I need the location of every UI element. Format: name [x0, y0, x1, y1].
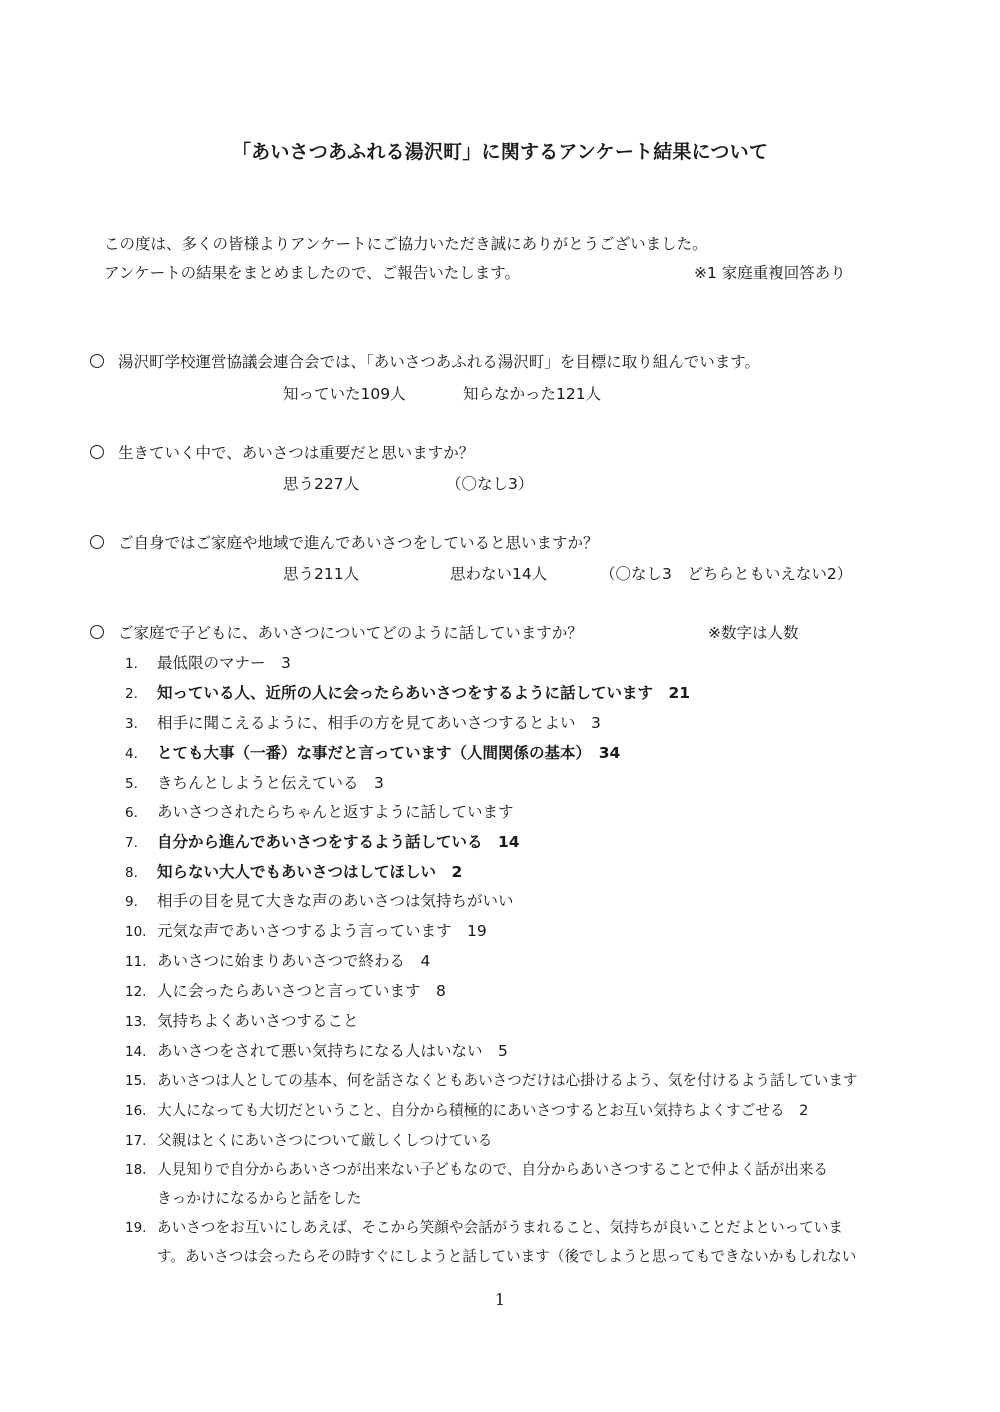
list-item: 10.元気な声であいさつするよう言っています 19	[125, 919, 487, 941]
list-item: 12.人に会ったらあいさつと言っています 8	[125, 979, 446, 1001]
question-4: ご家庭で子どもに、あいさつについてどのように話していますか？	[90, 621, 583, 643]
item-text: 元気な声であいさつするよう言っています 19	[157, 922, 487, 940]
item-number: 18.	[125, 1162, 157, 1178]
item-number: 13.	[125, 1014, 157, 1030]
list-item: 19.あいさつをお互いにしあえば、そこから笑顔や会話がうまれること、気持ちが良い…	[125, 1216, 843, 1237]
item-number: 2.	[125, 686, 157, 702]
list-item-continuation: きっかけになるからと話をした	[157, 1187, 361, 1208]
duplicate-answer-note: ※1 家庭重複回答あり	[694, 261, 846, 283]
item-number: 1.	[125, 656, 157, 672]
item-number: 10.	[125, 924, 157, 940]
list-item: 4.とても大事（一番）な事だと言っています（人間関係の基本） 34	[125, 741, 620, 763]
item-text: あいさつをお互いにしあえば、そこから笑顔や会話がうまれること、気持ちが良いことだ…	[157, 1219, 843, 1236]
list-item: 14.あいさつをされて悪い気持ちになる人はいない 5	[125, 1039, 508, 1061]
list-item: 15.あいさつは人としての基本、何を話さなくともあいさつだけは心掛けるよう、気を…	[125, 1069, 858, 1090]
circle-bullet-icon	[90, 445, 104, 459]
item-text: とても大事（一番）な事だと言っています（人間関係の基本） 34	[157, 744, 620, 762]
list-item: 13.気持ちよくあいさつすること	[125, 1009, 359, 1031]
item-text: 相手の目を見て大きな声のあいさつは気持ちがいい	[157, 892, 514, 910]
question-2-answer-1: 思う227人	[283, 472, 359, 494]
list-item: 5.きちんとしようと伝えている 3	[125, 771, 384, 793]
item-number: 12.	[125, 984, 157, 1000]
item-text: 人見知りで自分からあいさつが出来ない子どもなので、自分からあいさつすることで仲よ…	[157, 1161, 828, 1178]
item-text: あいさつは人としての基本、何を話さなくともあいさつだけは心掛けるよう、気を付ける…	[157, 1072, 858, 1089]
document-title: 「あいさつあふれる湯沢町」に関するアンケート結果について	[0, 137, 1000, 164]
question-4-text: ご家庭で子どもに、あいさつについてどのように話していますか？	[118, 624, 583, 642]
list-item: 1.最低限のマナー 3	[125, 651, 291, 673]
item-text: 相手に聞こえるように、相手の方を見てあいさつするとよい 3	[157, 714, 601, 732]
circle-bullet-icon	[90, 535, 104, 549]
intro-line-1: この度は、多くの皆様よりアンケートにご協力いただき誠にありがとうございました。	[104, 232, 708, 254]
item-number: 19.	[125, 1220, 157, 1236]
item-number: 7.	[125, 835, 157, 851]
list-item: 18.人見知りで自分からあいさつが出来ない子どもなので、自分からあいさつすること…	[125, 1158, 828, 1179]
page-number: 1	[0, 1290, 1000, 1309]
item-number: 5.	[125, 776, 157, 792]
item-text: 人に会ったらあいさつと言っています 8	[157, 982, 446, 1000]
item-number: 8.	[125, 865, 157, 881]
question-2-text: 生きていく中で、あいさつは重要だと思いますか？	[118, 444, 474, 462]
question-3-text: ご自身ではご家庭や地域で進んであいさつをしていると思いますか？	[118, 534, 599, 552]
item-number: 14.	[125, 1044, 157, 1060]
list-item: 11.あいさつに始まりあいさつで終わる 4	[125, 949, 430, 971]
item-number: 16.	[125, 1103, 157, 1119]
item-number: 3.	[125, 716, 157, 732]
item-text: 最低限のマナー 3	[157, 654, 291, 672]
list-item: 9.相手の目を見て大きな声のあいさつは気持ちがいい	[125, 889, 514, 911]
question-2: 生きていく中で、あいさつは重要だと思いますか？	[90, 441, 474, 463]
list-item: 2.知っている人、近所の人に会ったらあいさつをするように話しています 21	[125, 681, 690, 703]
item-text: あいさつをされて悪い気持ちになる人はいない 5	[157, 1042, 508, 1060]
item-text: きちんとしようと伝えている 3	[157, 774, 384, 792]
intro-line-2: アンケートの結果をまとめましたので、ご報告いたします。	[104, 261, 520, 283]
question-3-answer-1: 思う211人	[283, 562, 359, 584]
question-1: 湯沢町学校運営協議会連合会では、「あいさつあふれる湯沢町」を目標に取り組んでいま…	[90, 350, 760, 372]
list-item: 3.相手に聞こえるように、相手の方を見てあいさつするとよい 3	[125, 711, 601, 733]
document-page: 「あいさつあふれる湯沢町」に関するアンケート結果について この度は、多くの皆様よ…	[0, 0, 1000, 1412]
item-text: 知っている人、近所の人に会ったらあいさつをするように話しています 21	[157, 684, 690, 702]
item-number: 11.	[125, 954, 157, 970]
item-text: あいさつされたらちゃんと返すように話しています	[157, 803, 514, 821]
list-item: 7.自分から進んであいさつをするよう話している 14	[125, 830, 520, 852]
item-text: 父親はとくにあいさつについて厳しくしつけている	[157, 1132, 492, 1149]
item-text: あいさつに始まりあいさつで終わる 4	[157, 952, 430, 970]
item-number: 17.	[125, 1133, 157, 1149]
item-text: 知らない大人でもあいさつはしてほしい 2	[157, 863, 462, 881]
list-item-continuation: す。あいさつは会ったらその時すぐにしようと話しています（後でしようと思ってもでき…	[157, 1245, 856, 1266]
list-item: 6.あいさつされたらちゃんと返すように話しています	[125, 800, 514, 822]
question-1-text: 湯沢町学校運営協議会連合会では、「あいさつあふれる湯沢町」を目標に取り組んでいま…	[118, 353, 760, 371]
question-1-answer-2: 知らなかった121人	[463, 382, 601, 404]
item-text: 気持ちよくあいさつすること	[157, 1012, 359, 1030]
item-text: 自分から進んであいさつをするよう話している 14	[157, 833, 520, 851]
item-number: 4.	[125, 746, 157, 762]
question-1-answer-1: 知っていた109人	[283, 382, 406, 404]
list-item: 8.知らない大人でもあいさつはしてほしい 2	[125, 860, 462, 882]
list-item: 16.大人になっても大切だということ、自分から積極的にあいさつするとお互い気持ち…	[125, 1099, 808, 1120]
item-text: 大人になっても大切だということ、自分から積極的にあいさつするとお互い気持ちよくす…	[157, 1102, 808, 1119]
item-number: 6.	[125, 805, 157, 821]
question-3: ご自身ではご家庭や地域で進んであいさつをしていると思いますか？	[90, 531, 599, 553]
item-number: 15.	[125, 1073, 157, 1089]
circle-bullet-icon	[90, 625, 104, 639]
question-2-answer-2: （〇なし3）	[446, 472, 533, 494]
item-number: 9.	[125, 894, 157, 910]
list-item: 17.父親はとくにあいさつについて厳しくしつけている	[125, 1129, 492, 1150]
question-4-note: ※数字は人数	[708, 621, 799, 643]
question-3-answer-2: 思わない14人	[450, 562, 547, 584]
circle-bullet-icon	[90, 354, 104, 368]
question-3-answer-3: （〇なし3 どちらともいえない2）	[600, 562, 852, 584]
